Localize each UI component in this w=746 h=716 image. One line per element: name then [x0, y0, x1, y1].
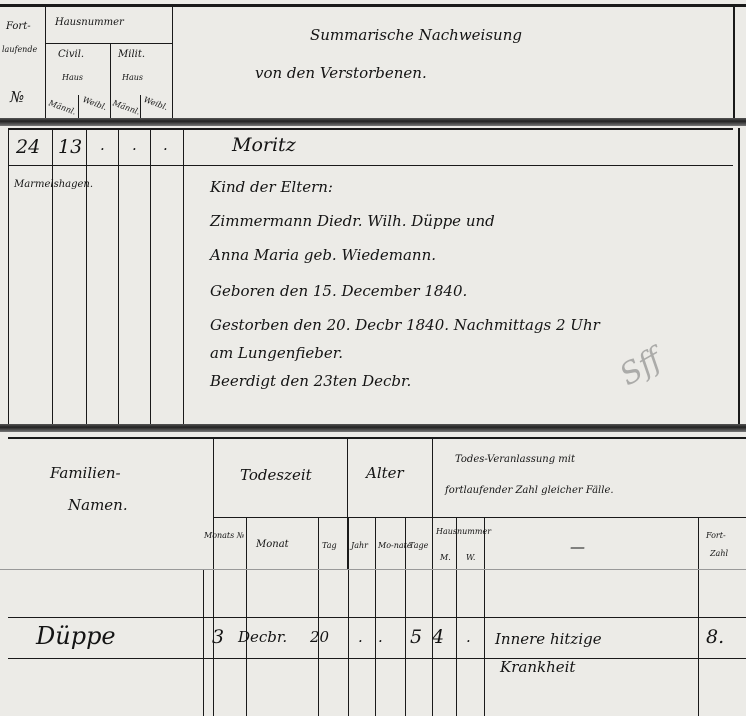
divider — [213, 439, 214, 716]
header-family-name-1: Familien- — [50, 466, 121, 481]
month: Decbr. — [238, 630, 287, 645]
header-fort: Fort- — [6, 22, 31, 32]
detail-line: am Lungenfieber. — [210, 346, 343, 361]
divider — [183, 128, 184, 424]
divider — [140, 95, 141, 118]
header-house-number: Hausnummer — [55, 18, 124, 28]
divider — [8, 165, 733, 166]
dot: . — [163, 138, 168, 153]
divider — [150, 128, 151, 424]
dot: . — [132, 138, 137, 153]
given-name: Moritz — [232, 136, 296, 155]
house-number: 13 — [58, 138, 82, 157]
place: Marmelshagen. — [14, 180, 93, 190]
page-fold-shadow — [0, 424, 746, 432]
header-family-name-2: Namen. — [68, 498, 128, 513]
header-cause-2: fortlaufender Zahl gleicher Fälle. — [445, 486, 614, 496]
detail-line: Geboren den 15. December 1840. — [210, 284, 467, 299]
header-male-mil: Männl. — [111, 99, 140, 116]
header-house-w: W. — [466, 554, 475, 562]
header-cause-1: Todes-Veranlassung mit — [455, 455, 575, 465]
header-male: Männl. — [47, 99, 76, 116]
age-days: 5 — [410, 628, 422, 647]
header-female: Weibl. — [81, 96, 107, 112]
day: 20 — [310, 630, 329, 645]
register-page: Fort- laufende № Hausnummer Civil. Haus … — [0, 0, 746, 716]
divider — [0, 569, 746, 570]
header-house-no: Hausnummer — [436, 528, 491, 536]
divider — [8, 128, 9, 424]
house-m: 4 — [432, 628, 444, 647]
divider — [733, 6, 735, 118]
dot: . — [100, 138, 105, 153]
header-count-1: Fort- — [706, 532, 726, 540]
count: 8. — [706, 628, 724, 647]
cause-line2: Krankheit — [500, 660, 575, 675]
divider — [8, 617, 746, 618]
header-cause-dash: — — [570, 540, 585, 555]
divider — [45, 6, 46, 118]
divider — [172, 6, 173, 118]
age-months: . — [378, 630, 383, 645]
divider — [738, 128, 740, 424]
top-border — [0, 4, 746, 7]
header-months: Mo-nate — [378, 542, 412, 550]
detail-line: Zimmermann Diedr. Wilh. Düppe und — [210, 214, 495, 229]
header-number-sign: № — [10, 90, 24, 105]
family-name: Düppe — [36, 624, 116, 648]
header-age: Alter — [366, 466, 404, 481]
divider — [45, 43, 172, 44]
header-days: Tage — [409, 542, 428, 550]
header-house-m: M. — [440, 554, 451, 562]
detail-line: Beerdigt den 23ten Decbr. — [210, 374, 411, 389]
header-month-no: Monats № — [204, 532, 244, 540]
header-laufende: laufende — [2, 46, 37, 54]
divider — [213, 517, 746, 518]
header-summary-line1: Summarische Nachweisung — [310, 28, 522, 43]
cause-line1: Innere hitzige — [495, 632, 602, 647]
header-years: Jahr — [351, 542, 368, 550]
header-count-2: Zahl — [710, 550, 728, 558]
header-military: Milit. — [118, 50, 145, 60]
divider — [118, 128, 119, 424]
house-w: . — [466, 630, 471, 645]
divider — [52, 128, 53, 424]
header-summary-line2: von den Verstorbenen. — [255, 66, 427, 81]
header-month: Monat — [256, 540, 289, 550]
header-death-time: Todeszeit — [240, 468, 312, 483]
running-number: 24 — [16, 138, 40, 157]
divider — [86, 128, 87, 424]
header-military-haus: Haus — [122, 74, 143, 82]
detail-line: Kind der Eltern: — [210, 180, 333, 195]
header-day: Tag — [322, 542, 337, 550]
detail-line: Anna Maria geb. Wiedemann. — [210, 248, 436, 263]
detail-line: Gestorben den 20. Decbr 1840. Nachmittag… — [210, 318, 600, 333]
divider — [8, 128, 733, 130]
header-female-mil: Weibl. — [142, 96, 168, 112]
divider — [8, 658, 746, 659]
age-years: . — [358, 630, 363, 645]
divider — [8, 437, 746, 439]
page-fold-shadow — [0, 118, 746, 126]
header-civil: Civil. — [58, 50, 84, 60]
header-civil-haus: Haus — [62, 74, 83, 82]
month-no: 3 — [212, 628, 224, 647]
divider — [78, 95, 79, 118]
stamp-mark: Sff — [614, 342, 668, 393]
divider — [203, 569, 204, 716]
